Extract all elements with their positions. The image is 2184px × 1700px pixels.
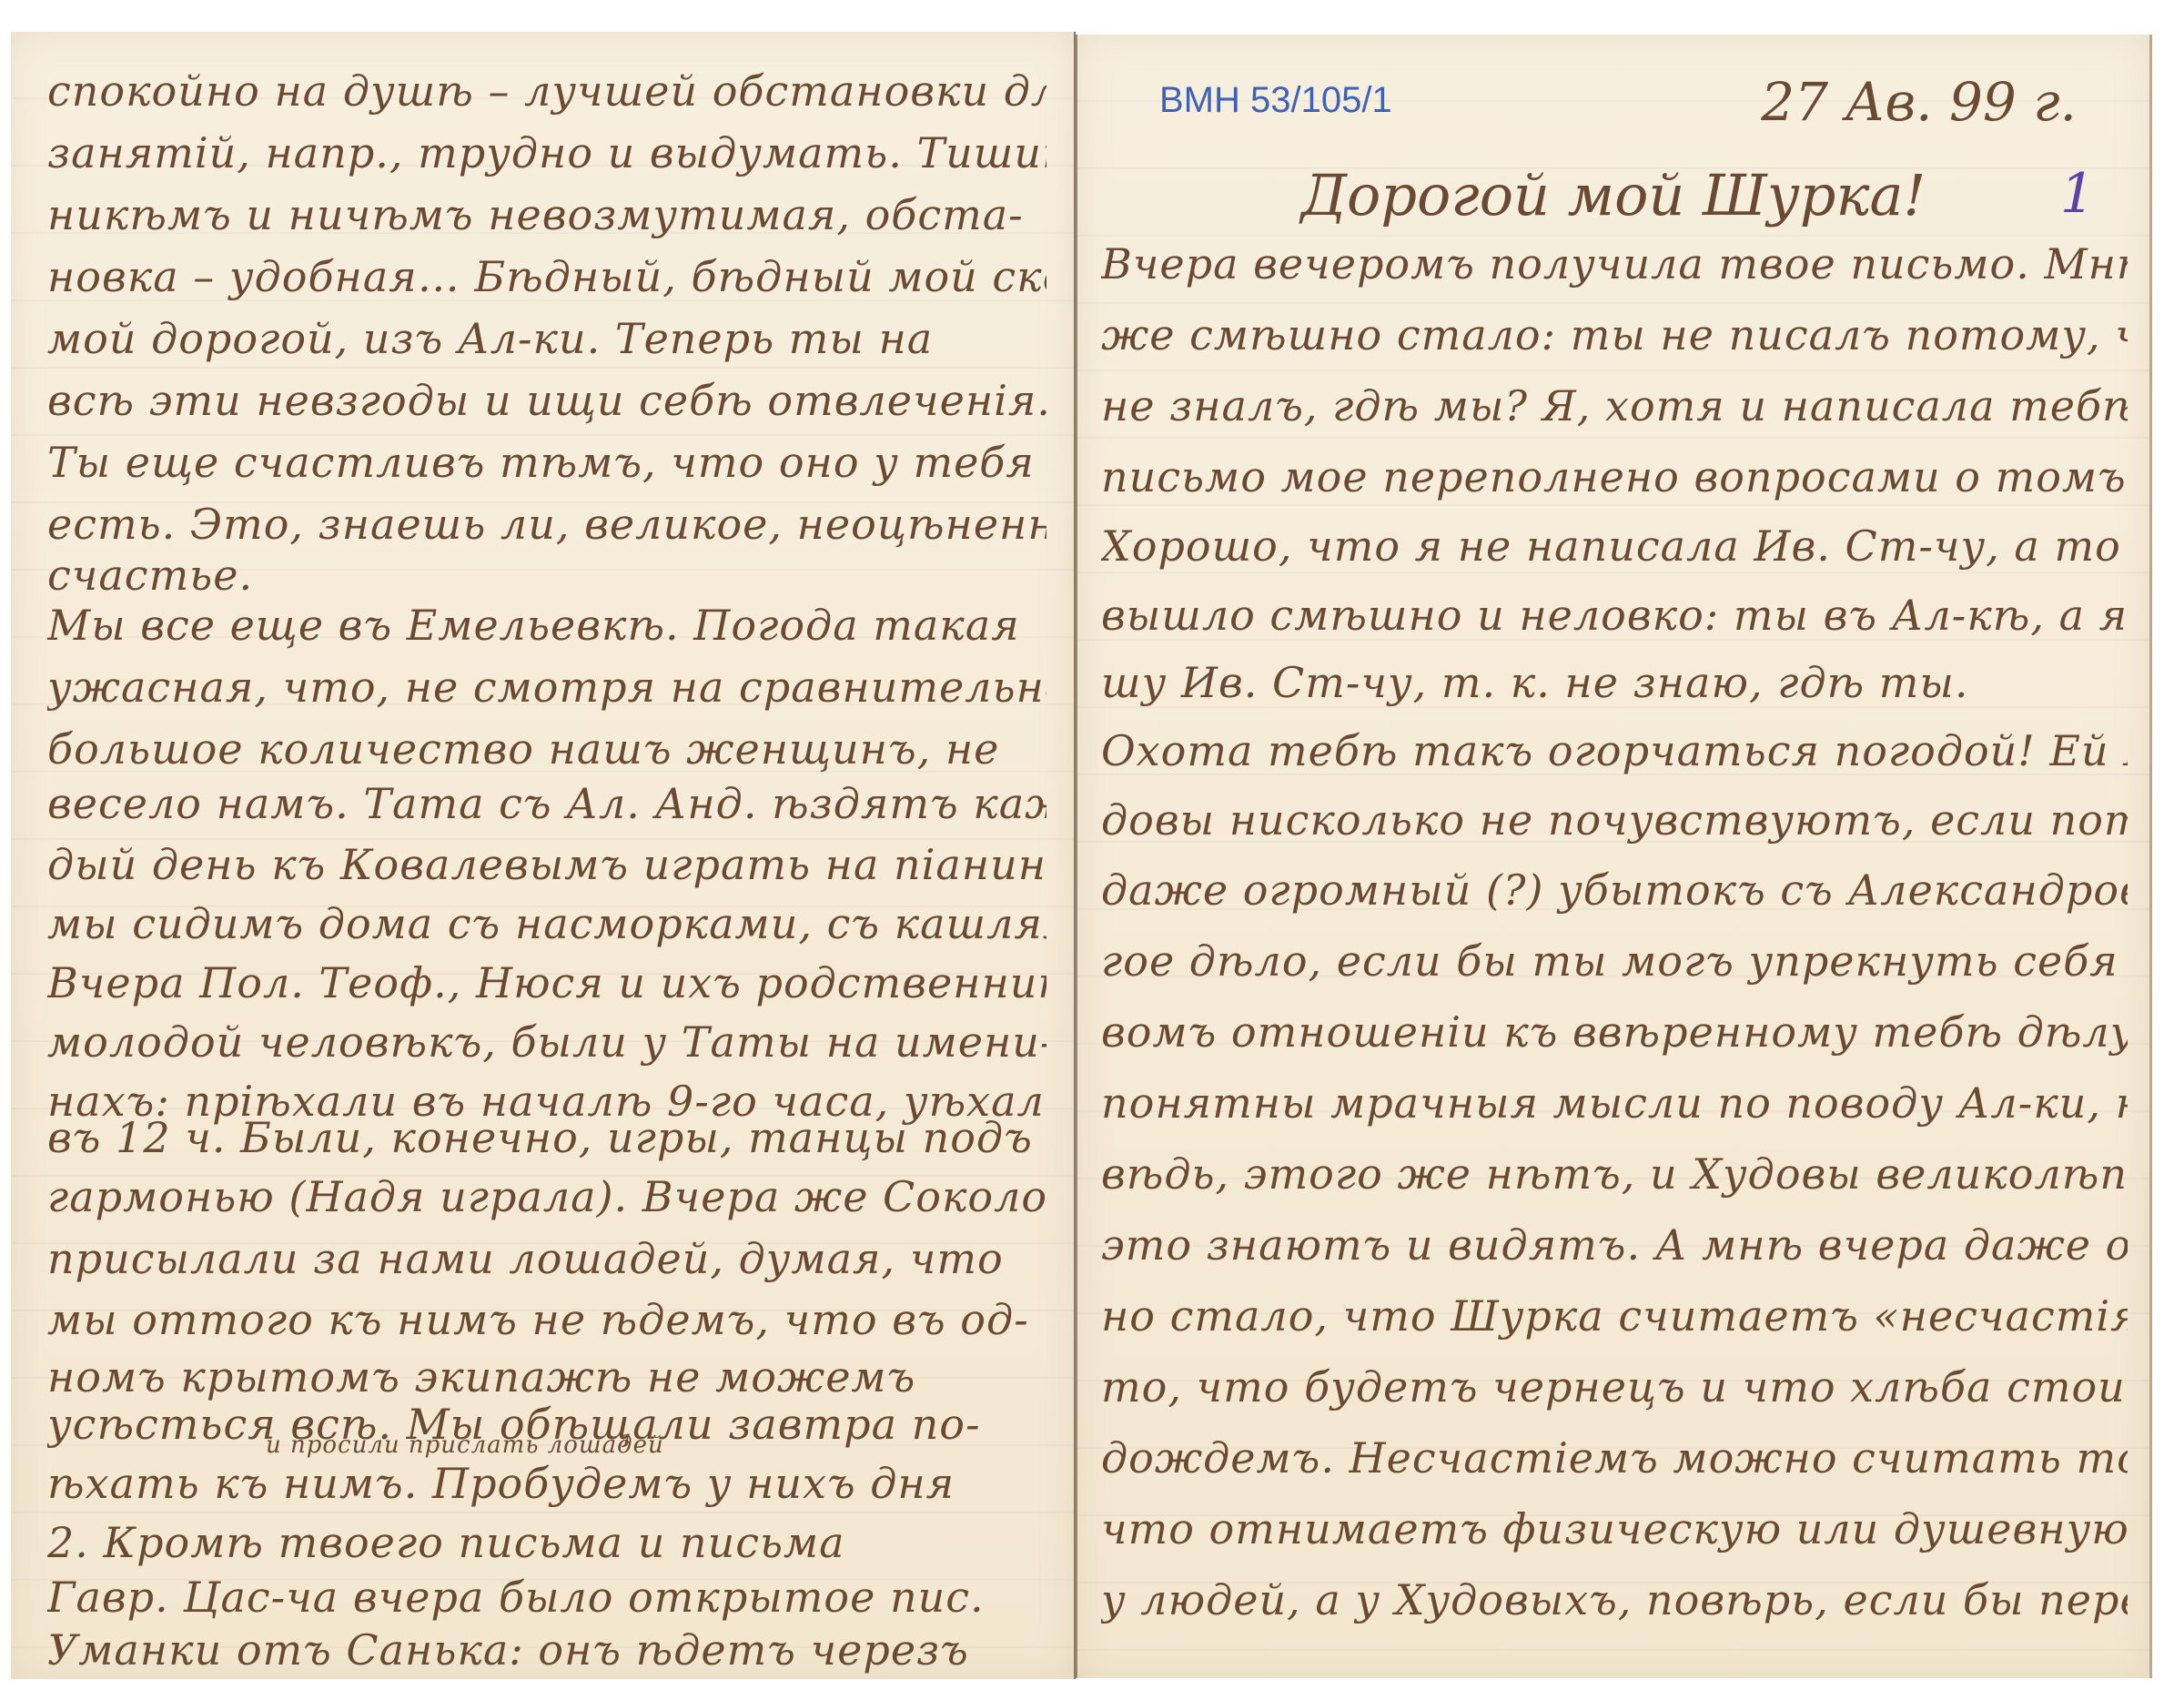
text-line: даже огромный (?) убытокъ съ Александров… bbox=[1101, 863, 2128, 917]
letter-page-right: ВМН 53/105/1 27 Ав. 99 г. 1 Дорогой мой … bbox=[1076, 35, 2149, 1678]
text-line: вомъ отношеніи къ ввѣренному тебѣ дѣлу, … bbox=[1101, 1005, 2128, 1059]
text-line: новка – удобная… Бѣдный, бѣдный мой скор… bbox=[47, 249, 1046, 304]
text-line: Мы все еще въ Емельевкѣ. Погода такая bbox=[47, 598, 1046, 653]
text-line: гармонью (Надя играла). Вчера же Соколов… bbox=[47, 1169, 1046, 1224]
text-line: понятны мрачныя мысли по поводу Ал-ки, н… bbox=[1101, 1076, 2128, 1130]
text-line: вышло смѣшно и неловко: ты въ Ал-кѣ, а я… bbox=[1101, 588, 2128, 643]
text-line: есть. Это, знаешь ли, великое, неоцѣненн… bbox=[47, 497, 1046, 551]
text-line: гое дѣло, если бы ты могъ упрекнуть себя… bbox=[1101, 934, 2128, 988]
archive-stamp: ВМН 53/105/1 bbox=[1159, 80, 1392, 121]
text-line: молодой человѣкъ, были у Таты на имени- bbox=[47, 1015, 1046, 1069]
text-line: счастье. bbox=[47, 548, 1046, 602]
text-line: Охота тебѣ такъ огорчаться погодой! Ей Б… bbox=[1101, 724, 2128, 778]
text-line: Хорошо, что я не написала Ив. Ст-чу, а т… bbox=[1101, 519, 2128, 573]
text-line: весело намъ. Тата съ Ал. Анд. ѣздятъ каж… bbox=[47, 776, 1046, 831]
text-line: мы сидимъ дома съ насморками, съ кашлями… bbox=[47, 896, 1046, 951]
text-line: же смѣшно стало: ты не писалъ потому, чт… bbox=[1101, 308, 2128, 362]
text-line: Вчера Пол. Теоф., Нюся и ихъ родственник… bbox=[47, 956, 1046, 1010]
text-line: это знаютъ и видятъ. А мнѣ вчера даже об… bbox=[1101, 1218, 2128, 1272]
text-line: номъ крытомъ экипажѣ не можемъ bbox=[47, 1350, 1046, 1404]
text-line: Уманки отъ Санька: онъ ѣдетъ черезъ bbox=[47, 1623, 1046, 1677]
text-line: Вчера вечеромъ получила твое письмо. Мнѣ… bbox=[1101, 237, 2128, 291]
text-line: спокойно на душѣ – лучшей обстановки для bbox=[47, 64, 1046, 118]
text-line: мой дорогой, изъ Ал-ки. Теперь ты на bbox=[47, 311, 1046, 366]
text-line: въ 12 ч. Были, конечно, игры, танцы подъ bbox=[47, 1110, 1046, 1165]
letter-greeting: Дорогой мой Шурка! bbox=[1077, 162, 2149, 228]
text-line: ѣхать къ нимъ. Пробудемъ у нихъ дня bbox=[47, 1456, 1046, 1511]
text-line: большое количество нашъ женщинъ, не bbox=[47, 722, 1046, 776]
text-line: шу Ив. Ст-чу, т. к. не знаю, гдѣ ты. bbox=[1101, 655, 2128, 710]
text-line: дождемъ. Несчастіемъ можно считать тольк… bbox=[1101, 1431, 2128, 1485]
text-line: письмо мое переполнено вопросами о томъ,… bbox=[1101, 450, 2128, 504]
text-line: но стало, что Шурка считаетъ «несчастіям… bbox=[1101, 1289, 2128, 1343]
text-line: всѣ эти невзгоды и ищи себѣ отвлеченія. bbox=[47, 373, 1046, 428]
text-line: занятій, напр., трудно и выдумать. Тишин… bbox=[47, 126, 1046, 180]
text-line: никѣмъ и ничѣмъ невозмутимая, обста- bbox=[47, 187, 1046, 242]
text-line: довы нисколько не почувствуютъ, если пот… bbox=[1101, 793, 2128, 847]
text-line: у людей, а у Худовыхъ, повѣрь, если бы п… bbox=[1101, 1573, 2128, 1627]
text-line: присылали за нами лошадей, думая, что bbox=[47, 1231, 1046, 1286]
text-line: ужасная, что, не смотря на сравнительно bbox=[47, 660, 1046, 714]
text-line: вѣдь, этого же нѣтъ, и Худовы великолѣпн… bbox=[1101, 1147, 2128, 1201]
letter-date: 27 Ав. 99 г. bbox=[1761, 71, 2077, 133]
insertion-note: и просили прислать лошадей bbox=[266, 1432, 1046, 1459]
text-line: мы оттого къ нимъ не ѣдемъ, что въ од- bbox=[47, 1292, 1046, 1347]
letter-page-left: спокойно на душѣ – лучшей обстановки для… bbox=[11, 32, 1076, 1679]
text-line: Ты еще счастливъ тѣмъ, что оно у тебя bbox=[47, 435, 1046, 490]
text-line: дый день къ Ковалевымъ играть на піанино… bbox=[47, 837, 1046, 892]
text-line: 2. Кромѣ твоего письма и письма bbox=[47, 1515, 1046, 1570]
text-line: что отнимаетъ физическую или душевную эн… bbox=[1101, 1502, 2128, 1556]
text-line: Гавр. Цас-ча вчера было открытое пис. bbox=[47, 1570, 1046, 1624]
text-line: то, что будетъ чернецъ и что хлѣба стоит… bbox=[1101, 1360, 2128, 1414]
text-line: не зналъ, гдѣ мы? Я, хотя и написала теб… bbox=[1101, 379, 2128, 433]
